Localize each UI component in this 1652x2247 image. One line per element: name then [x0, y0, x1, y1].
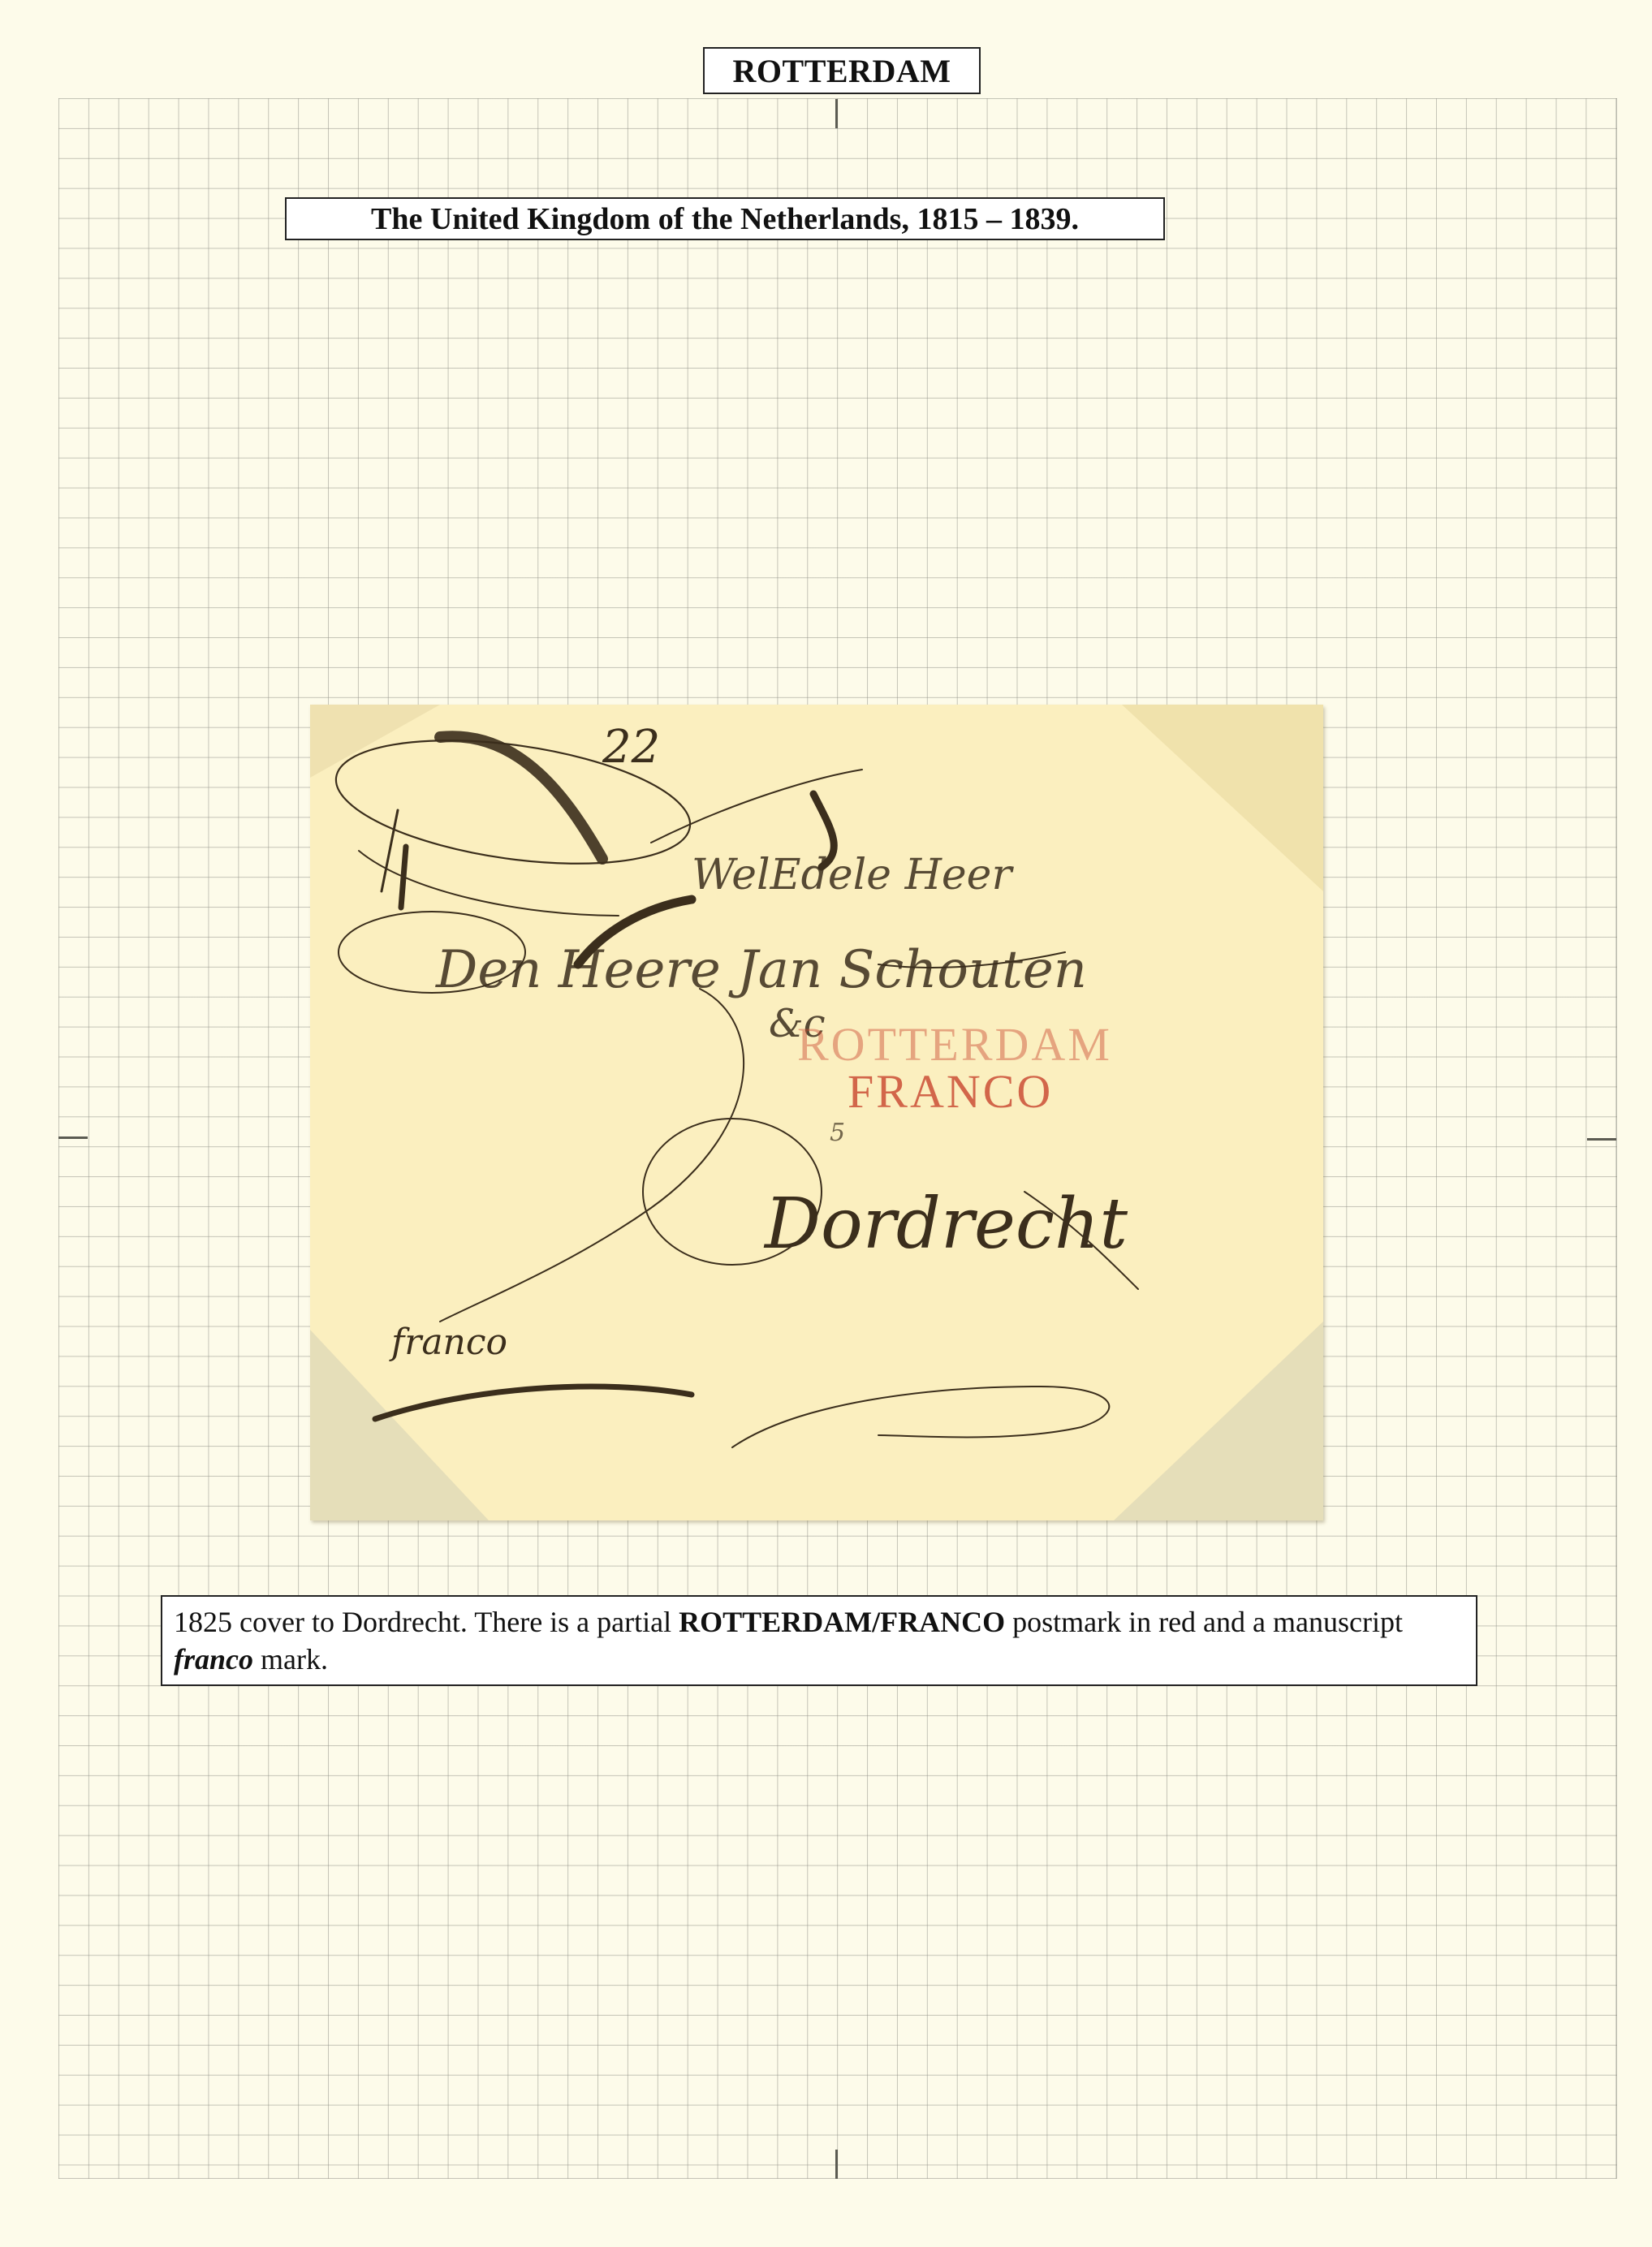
postmark-line-2: FRANCO	[848, 1068, 1112, 1115]
page-subheading-text: The United Kingdom of the Netherlands, 1…	[371, 201, 1079, 237]
manuscript-destination: Dordrecht	[765, 1184, 1128, 1265]
postmark-line-1: ROTTERDAM	[797, 1021, 1112, 1068]
center-mark-top	[835, 99, 838, 128]
manuscript-franco: franco	[391, 1322, 507, 1363]
center-mark-bottom	[835, 2150, 838, 2179]
caption-text-1: 1825 cover to Dordrecht. There is a part…	[174, 1606, 679, 1638]
page-heading-text: ROTTERDAM	[733, 52, 951, 90]
manuscript-addressee-title: WelEdele Heer	[692, 851, 1011, 899]
manuscript-addressee-name: Den Heere Jan Schouten	[436, 940, 1087, 1000]
caption-postmark-name: ROTTERDAM/FRANCO	[679, 1606, 1005, 1638]
caption-text-2: postmark in red and a manuscript	[1005, 1606, 1403, 1638]
rotterdam-franco-postmark: ROTTERDAM FRANCO	[797, 1021, 1112, 1115]
manuscript-small-mark: 5	[830, 1119, 845, 1147]
caption-franco: franco	[174, 1643, 253, 1676]
postal-cover-image: 22 WelEdele Heer Den Heere Jan Schouten …	[310, 705, 1323, 1520]
caption-text-3: mark.	[253, 1643, 328, 1676]
cover-description: 1825 cover to Dordrecht. There is a part…	[161, 1595, 1477, 1686]
page-subheading: The United Kingdom of the Netherlands, 1…	[285, 197, 1165, 240]
manuscript-number: 22	[602, 721, 660, 774]
page-heading: ROTTERDAM	[703, 47, 981, 94]
center-mark-right	[1587, 1138, 1616, 1141]
center-mark-left	[58, 1136, 88, 1139]
